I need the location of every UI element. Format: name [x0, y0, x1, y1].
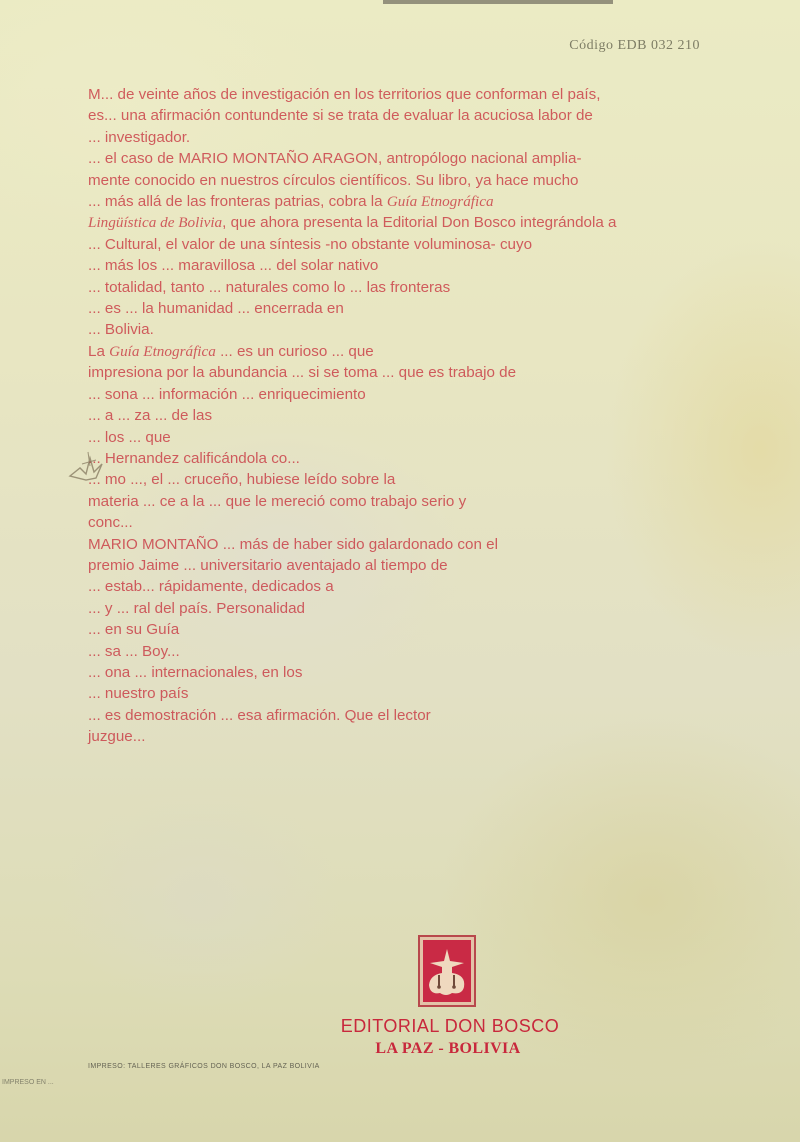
document-code: Código EDB 032 210	[569, 38, 700, 54]
text-line: ... el caso de MARIO MONTAÑO ARAGON, ant…	[88, 148, 698, 169]
text-line: MARIO MONTAÑO ... más de haber sido gala…	[88, 534, 698, 555]
publisher-logo	[418, 935, 476, 1007]
publisher-city: LA PAZ - BOLIVIA	[48, 1040, 800, 1058]
binding-edge	[383, 0, 613, 4]
text-line: impresiona por la abundancia ... si se t…	[88, 362, 698, 383]
text-line: ... es ... la humanidad ... encerrada en	[88, 298, 698, 319]
text-line: ... es demostración ... esa afirmación. …	[88, 705, 698, 726]
text-line: ... Bolivia.	[88, 319, 698, 340]
text-line: ... nuestro país	[88, 683, 698, 704]
text-line: premio Jaime ... universitario aventajad…	[88, 555, 698, 576]
text-line: mente conocido en nuestros círculos cien…	[88, 170, 698, 191]
back-cover-text: M... de veinte años de investigación en …	[88, 84, 698, 748]
text-line: M... de veinte años de investigación en …	[88, 84, 698, 105]
text-line: ... más los ... maravillosa ... del sola…	[88, 255, 698, 276]
printer-imprint: IMPRESO: TALLERES GRÁFICOS DON BOSCO, LA…	[88, 1063, 320, 1070]
text-line: ... ona ... internacionales, en los	[88, 662, 698, 683]
text-line: ... totalidad, tanto ... naturales como …	[88, 277, 698, 298]
text-line: ... los ... que	[88, 427, 698, 448]
text-line: es... una afirmación contundente si se t…	[88, 105, 698, 126]
text-line: ... Cultural, el valor de una síntesis -…	[88, 234, 698, 255]
text-line: ... investigador.	[88, 127, 698, 148]
text-line: ... a ... za ... de las	[88, 405, 698, 426]
text-line: materia ... ce a la ... que le mereció c…	[88, 491, 698, 512]
text-line: conc...	[88, 512, 698, 533]
text-line: juzgue...	[88, 726, 698, 747]
text-line: ... estab... rápidamente, dedicados a	[88, 576, 698, 597]
printer-imprint-left: IMPRESO EN ...	[2, 1079, 54, 1086]
text-line: ... mo ..., el ... cruceño, hubiese leíd…	[88, 469, 698, 490]
ink-stain-icon	[66, 446, 110, 486]
text-line: ... sona ... información ... enriquecimi…	[88, 384, 698, 405]
text-line: ... sa ... Boy...	[88, 641, 698, 662]
text-line: Lingüística de Bolivia, que ahora presen…	[88, 212, 698, 233]
publisher-name: EDITORIAL DON BOSCO	[50, 1016, 800, 1037]
text-line: ... y ... ral del país. Personalidad	[88, 598, 698, 619]
text-line: ... más allá de las fronteras patrias, c…	[88, 191, 698, 212]
text-line: La Guía Etnográfica ... es un curioso ..…	[88, 341, 698, 362]
don-bosco-emblem-icon	[426, 947, 468, 997]
text-line: ... Hernandez calificándola co...	[88, 448, 698, 469]
text-line: ... en su Guía	[88, 619, 698, 640]
